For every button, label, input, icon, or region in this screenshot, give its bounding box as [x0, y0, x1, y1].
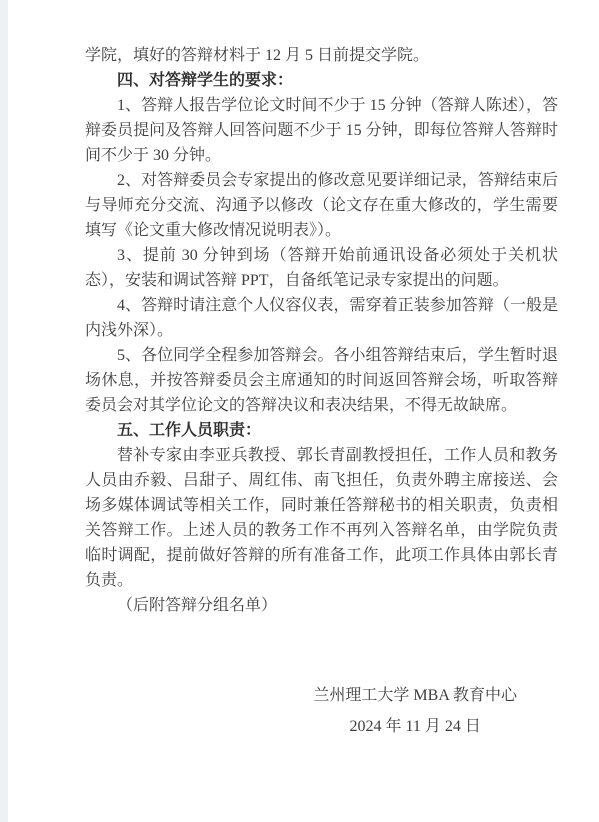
paragraph-continuation: 学院，填好的答辩材料于 12 月 5 日前提交学院。 [85, 43, 558, 68]
paragraph-item-1: 1、答辩人报告学位论文时间不少于 15 分钟（答辩人陈述），答辩委员提问及答辩人… [85, 93, 558, 168]
paragraph-staff-duties: 替补专家由李亚兵教授、郭长青副教授担任，工作人员和教务人员由乔毅、吕甜子、周红伟… [85, 443, 558, 593]
page-edge-strip [0, 0, 8, 822]
section-heading-4: 四、对答辩学生的要求： [85, 68, 558, 93]
signature-inner: 兰州理工大学 MBA 教育中心 2024 年 11 月 24 日 [313, 680, 517, 742]
signature-block: 兰州理工大学 MBA 教育中心 2024 年 11 月 24 日 [85, 680, 558, 742]
signature-date: 2024 年 11 月 24 日 [313, 711, 517, 742]
paragraph-item-5: 5、各位同学全程参加答辩会。各小组答辩结束后，学生暂时退场休息，并按答辩委员会主… [85, 343, 558, 418]
document-body: 学院，填好的答辩材料于 12 月 5 日前提交学院。 四、对答辩学生的要求： 1… [85, 43, 558, 742]
paragraph-item-2: 2、对答辩委员会专家提出的修改意见要详细记录，答辩结束后与导师充分交流、沟通予以… [85, 168, 558, 243]
signature-org: 兰州理工大学 MBA 教育中心 [313, 680, 517, 711]
paragraph-attachment-note: （后附答辩分组名单） [85, 593, 558, 618]
section-heading-5: 五、工作人员职责： [85, 418, 558, 443]
paragraph-item-3: 3、提前 30 分钟到场（答辩开始前通讯设备必须处于关机状态），安装和调试答辩 … [85, 243, 558, 293]
paragraph-item-4: 4、答辩时请注意个人仪容仪表，需穿着正装参加答辩（一般是内浅外深）。 [85, 293, 558, 343]
document-page: 学院，填好的答辩材料于 12 月 5 日前提交学院。 四、对答辩学生的要求： 1… [0, 0, 599, 822]
